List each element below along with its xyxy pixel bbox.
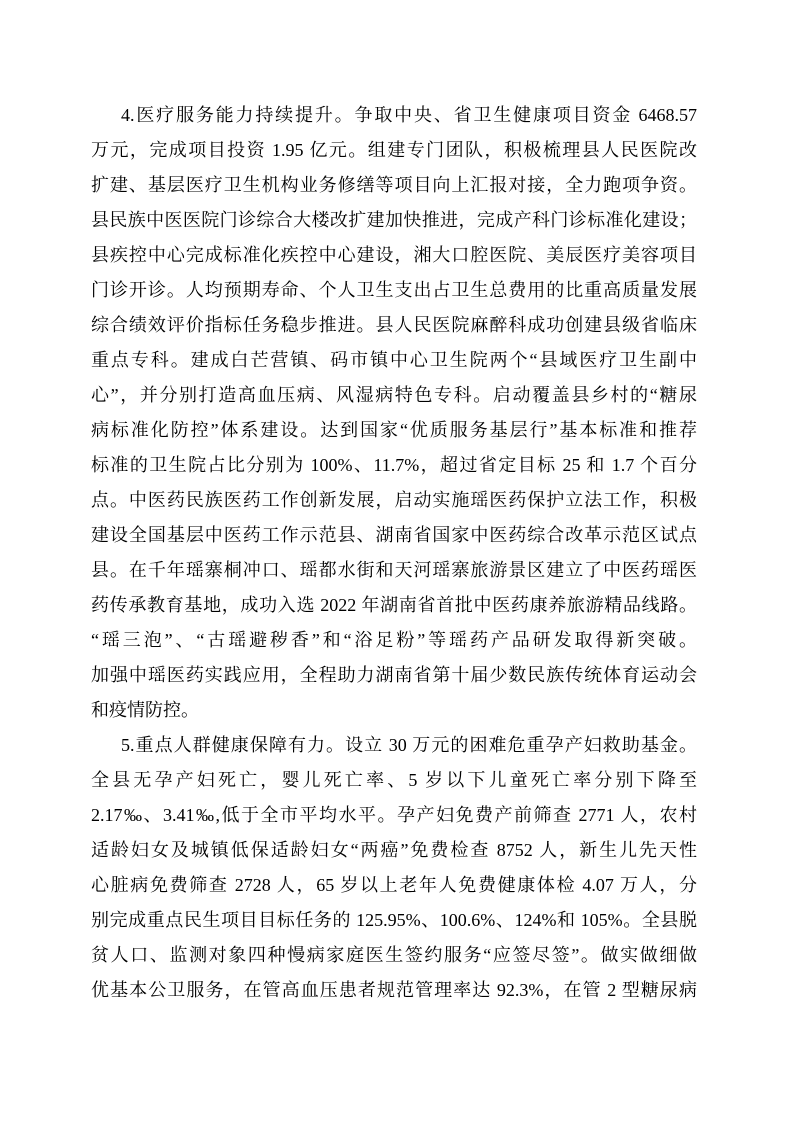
text-line: 全县无孕产妇死亡，婴儿死亡率、5 岁以下儿童死亡率分别下降至 [91,763,697,798]
text-line: 重点专科。建成白芒营镇、码市镇中心卫生院两个“县域医疗卫生副中 [91,343,697,378]
text-line: “瑶三泡”、“古瑶避秽香”和“浴足粉”等瑶药产品研发取得新突破。 [91,623,697,658]
text-line: 优基本公卫服务，在管高血压患者规范管理率达 92.3%，在管 2 型糖尿病 [91,973,697,1008]
paragraph-4: 4.医疗服务能力持续提升。争取中央、省卫生健康项目资金 6468.57万元，完成… [91,98,697,728]
text-line: 5.重点人群健康保障有力。设立 30 万元的困难危重孕产妇救助基金。 [91,728,697,763]
text-line: 点。中医药民族医药工作创新发展，启动实施瑶医药保护立法工作，积极 [91,483,697,518]
text-line: 县疾控中心完成标准化疾控中心建设，湘大口腔医院、美辰医疗美容项目 [91,238,697,273]
text-line: 4.医疗服务能力持续提升。争取中央、省卫生健康项目资金 6468.57 [91,98,697,133]
text-line: 适龄妇女及城镇低保适龄妇女“两癌”免费检查 8752 人，新生儿先天性 [91,833,697,868]
text-line: 建设全国基层中医药工作示范县、湖南省国家中医药综合改革示范区试点 [91,518,697,553]
document-page: 4.医疗服务能力持续提升。争取中央、省卫生健康项目资金 6468.57万元，完成… [0,0,793,1122]
text-line: 标准的卫生院占比分别为 100%、11.7%，超过省定目标 25 和 1.7 个… [91,448,697,483]
text-line: 和疫情防控。 [91,693,697,728]
text-line: 别完成重点民生项目目标任务的 125.95%、100.6%、124%和 105%… [91,903,697,938]
text-line: 心脏病免费筛查 2728 人，65 岁以上老年人免费健康体检 4.07 万人，分 [91,868,697,903]
text-line: 药传承教育基地，成功入选 2022 年湖南省首批中医药康养旅游精品线路。 [91,588,697,623]
text-line: 贫人口、监测对象四种慢病家庭医生签约服务“应签尽签”。做实做细做 [91,938,697,973]
text-line: 扩建、基层医疗卫生机构业务修缮等项目向上汇报对接，全力跑项争资。 [91,168,697,203]
text-line: 病标准化防控”体系建设。达到国家“优质服务基层行”基本标准和推荐 [91,413,697,448]
text-line: 心”，并分别打造高血压病、风湿病特色专科。启动覆盖县乡村的“糖尿 [91,378,697,413]
text-line: 县。在千年瑶寨桐冲口、瑶都水街和天河瑶寨旅游景区建立了中医药瑶医 [91,553,697,588]
text-block: 4.医疗服务能力持续提升。争取中央、省卫生健康项目资金 6468.57万元，完成… [91,98,697,1008]
text-line: 2.17‰、3.41‰,低于全市平均水平。孕产妇免费产前筛查 2771 人，农村 [91,798,697,833]
text-line: 加强中瑶医药实践应用，全程助力湖南省第十届少数民族传统体育运动会 [91,658,697,693]
text-line: 县民族中医医院门诊综合大楼改扩建加快推进，完成产科门诊标准化建设； [91,203,697,238]
paragraph-5: 5.重点人群健康保障有力。设立 30 万元的困难危重孕产妇救助基金。全县无孕产妇… [91,728,697,1008]
text-line: 万元，完成项目投资 1.95 亿元。组建专门团队，积极梳理县人民医院改 [91,133,697,168]
text-line: 门诊开诊。人均预期寿命、个人卫生支出占卫生总费用的比重高质量发展 [91,273,697,308]
text-line: 综合绩效评价指标任务稳步推进。县人民医院麻醉科成功创建县级省临床 [91,308,697,343]
